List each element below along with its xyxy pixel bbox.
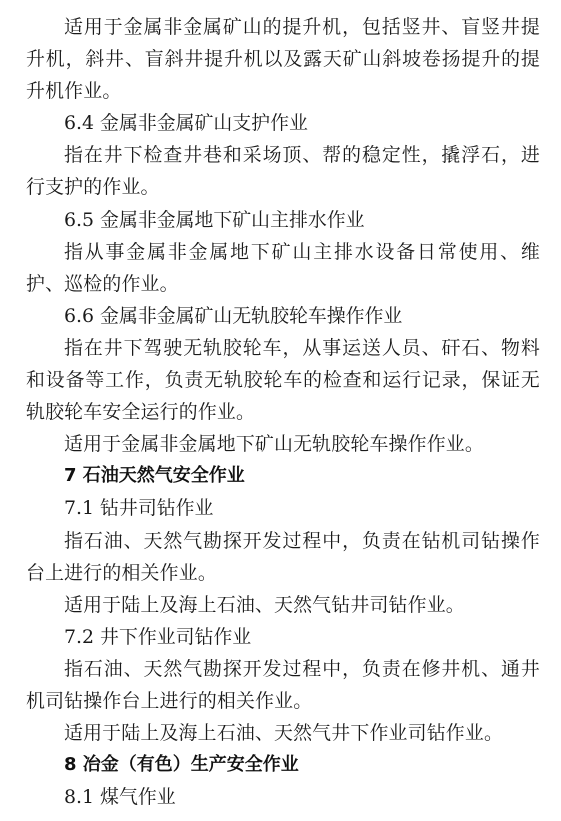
heading-section-8: 8 冶金（有色）生产安全作业 [26,749,540,781]
subheading-7-2: 7.2 井下作业司钻作业 [26,621,540,653]
paragraph-drainage-definition: 指从事金属非金属地下矿山主排水设备日常使用、维护、巡检的作业。 [26,236,540,300]
subheading-6-6: 6.6 金属非金属矿山无轨胶轮车操作作业 [26,300,540,332]
paragraph-downhole-scope: 适用于陆上及海上石油、天然气井下作业司钻作业。 [26,717,540,749]
paragraph-downhole-definition: 指石油、天然气勘探开发过程中，负责在修井机、通井机司钻操作台上进行的相关作业。 [26,653,540,717]
paragraph-trackless-definition: 指在井下驾驶无轨胶轮车，从事运送人员、矸石、物料和设备等工作，负责无轨胶轮车的检… [26,332,540,428]
subheading-6-5: 6.5 金属非金属地下矿山主排水作业 [26,204,540,236]
document-page: 适用于金属非金属矿山的提升机，包括竖井、盲竖井提升机，斜井、盲斜井提升机以及露天… [26,11,540,813]
subheading-7-1: 7.1 钻井司钻作业 [26,492,540,524]
paragraph-drilling-definition: 指石油、天然气勘探开发过程中，负责在钻机司钻操作台上进行的相关作业。 [26,525,540,589]
paragraph-drilling-scope: 适用于陆上及海上石油、天然气钻井司钻作业。 [26,589,540,621]
heading-section-7: 7 石油天然气安全作业 [26,460,540,492]
paragraph-hoist-scope: 适用于金属非金属矿山的提升机，包括竖井、盲竖井提升机，斜井、盲斜井提升机以及露天… [26,11,540,107]
subheading-8-1: 8.1 煤气作业 [26,781,540,813]
paragraph-trackless-scope: 适用于金属非金属地下矿山无轨胶轮车操作作业。 [26,428,540,460]
paragraph-support-definition: 指在井下检查井巷和采场顶、帮的稳定性，撬浮石，进行支护的作业。 [26,139,540,203]
subheading-6-4: 6.4 金属非金属矿山支护作业 [26,107,540,139]
